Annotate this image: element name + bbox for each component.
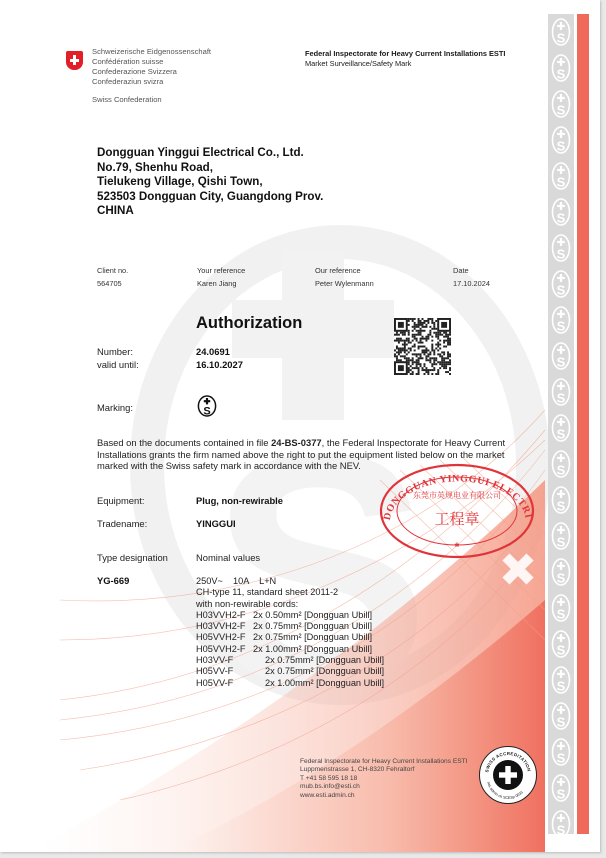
our-reference: Our reference Peter Wylenmann — [315, 264, 374, 290]
authorization-number: 24.0691 — [196, 346, 230, 357]
cord-row: H05VVH2-F2x 1.00mm² [Dongguan Ubill] — [196, 644, 384, 655]
cord-type: H05VV-F — [196, 666, 265, 677]
cord-row: H05VVH2-F2x 0.75mm² [Dongguan Ubill] — [196, 632, 384, 643]
number-label: Number: — [97, 346, 133, 357]
nominal-values-label: Nominal values — [196, 552, 260, 563]
svg-text:S: S — [557, 67, 566, 82]
svg-text:S: S — [557, 823, 566, 838]
swiss-safety-mark-icon: S — [548, 410, 574, 446]
svg-text:S: S — [557, 571, 566, 586]
cord-maker: [Dongguan Ubill] — [304, 610, 372, 620]
cord-type: H05VVH2-F — [196, 644, 253, 655]
equipment-value: Plug, non-rewirable — [196, 495, 283, 506]
tradename-label: Tradename: — [97, 518, 147, 529]
cord-size: 2x 0.75mm² — [253, 621, 302, 631]
type-designation: YG-669 — [97, 575, 129, 586]
swiss-safety-mark-icon: S — [548, 266, 574, 302]
tradename-value: YINGGUI — [196, 518, 236, 529]
swiss-safety-mark-icon: S — [548, 554, 574, 590]
svg-text:S: S — [557, 535, 566, 550]
swiss-safety-mark-icon: S — [548, 230, 574, 266]
svg-text:S: S — [203, 406, 210, 418]
svg-text:S: S — [557, 139, 566, 154]
confederation-block: Schweizerische Eidgenossenschaft Confédé… — [92, 47, 211, 105]
cord-size: 2x 0.75mm² — [265, 655, 314, 665]
cord-type: H05VVH2-F — [196, 632, 253, 643]
cord-size: 2x 1.00mm² — [265, 678, 314, 688]
swiss-safety-mark-icon: S — [197, 395, 217, 417]
equipment-label: Equipment: — [97, 495, 144, 506]
swiss-safety-mark-icon: S — [548, 14, 574, 50]
swiss-safety-mark-icon: S — [548, 662, 574, 698]
valid-until-date: 16.10.2027 — [196, 359, 243, 370]
cord-list: H03VVH2-F2x 0.50mm² [Dongguan Ubill]H03V… — [196, 610, 384, 689]
client-number: Client no. 564705 — [97, 264, 128, 290]
cord-type: H05VV-F — [196, 678, 265, 689]
department-name: Market Surveillance/Safety Mark — [305, 59, 505, 69]
cord-size: 2x 0.75mm² — [265, 666, 314, 676]
rating: 250V~ 10A L+N — [196, 576, 384, 587]
swiss-accreditation-badge: SWISS ACCREDITATION sas.admin.ch SCESp 0… — [478, 745, 538, 805]
svg-text:S: S — [557, 607, 566, 622]
cord-row: H05VV-F2x 0.75mm² [Dongguan Ubill] — [196, 666, 384, 677]
document-title: Authorization — [196, 314, 302, 333]
cords-intro: with non-rewirable cords: — [196, 599, 384, 610]
svg-text:*: * — [455, 540, 460, 554]
swiss-flag-icon — [66, 51, 83, 70]
svg-text:S: S — [557, 787, 566, 802]
swiss-safety-mark-icon: S — [548, 338, 574, 374]
swiss-safety-mark-icon: S — [548, 518, 574, 554]
svg-text:S: S — [557, 391, 566, 406]
footer-contact: Federal Inspectorate for Heavy Current I… — [300, 758, 467, 800]
cord-maker: [Dongguan Ubill] — [304, 632, 372, 642]
cord-type: H03VV-F — [196, 655, 265, 666]
svg-text:S: S — [557, 319, 566, 334]
swiss-safety-mark-icon: S — [548, 86, 574, 122]
type-designation-label: Type designation — [97, 552, 168, 563]
cord-type: H03VVH2-F — [196, 621, 253, 632]
swiss-safety-mark-icon: S — [548, 374, 574, 410]
red-border-strip — [577, 14, 589, 834]
svg-text:S: S — [557, 679, 566, 694]
swiss-safety-mark-icon: S — [548, 194, 574, 230]
swiss-safety-mark-icon: S — [548, 806, 574, 842]
svg-text:S: S — [557, 211, 566, 226]
cord-size: 2x 0.50mm² — [253, 610, 302, 620]
svg-text:S: S — [557, 751, 566, 766]
standard: CH-type 11, standard sheet 2011-2 — [196, 587, 384, 598]
marking-label: Marking: — [97, 402, 133, 413]
cord-maker: [Dongguan Ubill] — [316, 655, 384, 665]
cord-row: H03VV-F2x 0.75mm² [Dongguan Ubill] — [196, 655, 384, 666]
cord-row: H03VVH2-F2x 0.50mm² [Dongguan Ubill] — [196, 610, 384, 621]
svg-text:S: S — [557, 283, 566, 298]
cord-maker: [Dongguan Ubill] — [304, 644, 372, 654]
cord-row: H05VV-F2x 1.00mm² [Dongguan Ubill] — [196, 678, 384, 689]
svg-text:S: S — [557, 463, 566, 478]
swiss-safety-mark-icon: S — [548, 122, 574, 158]
your-reference: Your reference Karen Jiang — [197, 264, 245, 290]
date: Date 17.10.2024 — [453, 264, 490, 290]
agency-header: Federal Inspectorate for Heavy Current I… — [305, 49, 505, 69]
swiss-safety-mark-icon: S — [548, 734, 574, 770]
safety-mark-strip: SSSSSSSSSSSSSSSSSSSSSSS — [548, 14, 574, 834]
nominal-values: 250V~ 10A L+N CH-type 11, standard sheet… — [196, 576, 384, 689]
svg-text:S: S — [557, 427, 566, 442]
swiss-safety-mark-icon: S — [548, 302, 574, 338]
file-number: 24-BS-0377 — [271, 437, 322, 448]
company-stamp: DONGGUAN YINGGUI ELECTRICAL CO.,LTD. 东莞市… — [378, 462, 536, 560]
recipient-address: Dongguan Yinggui Electrical Co., Ltd. No… — [97, 146, 323, 219]
valid-until-label: valid until: — [97, 359, 139, 370]
certificate-page: S — [0, 0, 600, 852]
swiss-safety-mark-icon: S — [548, 590, 574, 626]
svg-text:S: S — [557, 355, 566, 370]
swiss-safety-mark-icon: S — [548, 626, 574, 662]
svg-text:S: S — [557, 175, 566, 190]
cord-size: 2x 0.75mm² — [253, 632, 302, 642]
svg-text:S: S — [557, 499, 566, 514]
svg-text:S: S — [557, 247, 566, 262]
cord-maker: [Dongguan Ubill] — [316, 666, 384, 676]
cord-maker: [Dongguan Ubill] — [304, 621, 372, 631]
swiss-safety-mark-icon: S — [548, 698, 574, 734]
cord-type: H03VVH2-F — [196, 610, 253, 621]
stamp-company-cn: 东莞市英规电业有限公司 — [413, 490, 501, 500]
swiss-safety-mark-icon: S — [548, 482, 574, 518]
stamp-center-text: 工程章 — [434, 510, 479, 528]
cord-row: H03VVH2-F2x 0.75mm² [Dongguan Ubill] — [196, 621, 384, 632]
cord-size: 2x 1.00mm² — [253, 644, 302, 654]
svg-text:S: S — [557, 643, 566, 658]
svg-text:S: S — [557, 31, 566, 46]
swiss-safety-mark-icon: S — [548, 770, 574, 806]
qr-code — [394, 318, 451, 375]
swiss-safety-mark-icon: S — [548, 446, 574, 482]
svg-text:S: S — [557, 103, 566, 118]
swiss-safety-mark-icon: S — [548, 50, 574, 86]
decorative-swoosh — [0, 0, 600, 852]
agency-name: Federal Inspectorate for Heavy Current I… — [305, 49, 505, 59]
svg-text:S: S — [557, 715, 566, 730]
cord-maker: [Dongguan Ubill] — [316, 678, 384, 688]
swiss-safety-mark-icon: S — [548, 158, 574, 194]
